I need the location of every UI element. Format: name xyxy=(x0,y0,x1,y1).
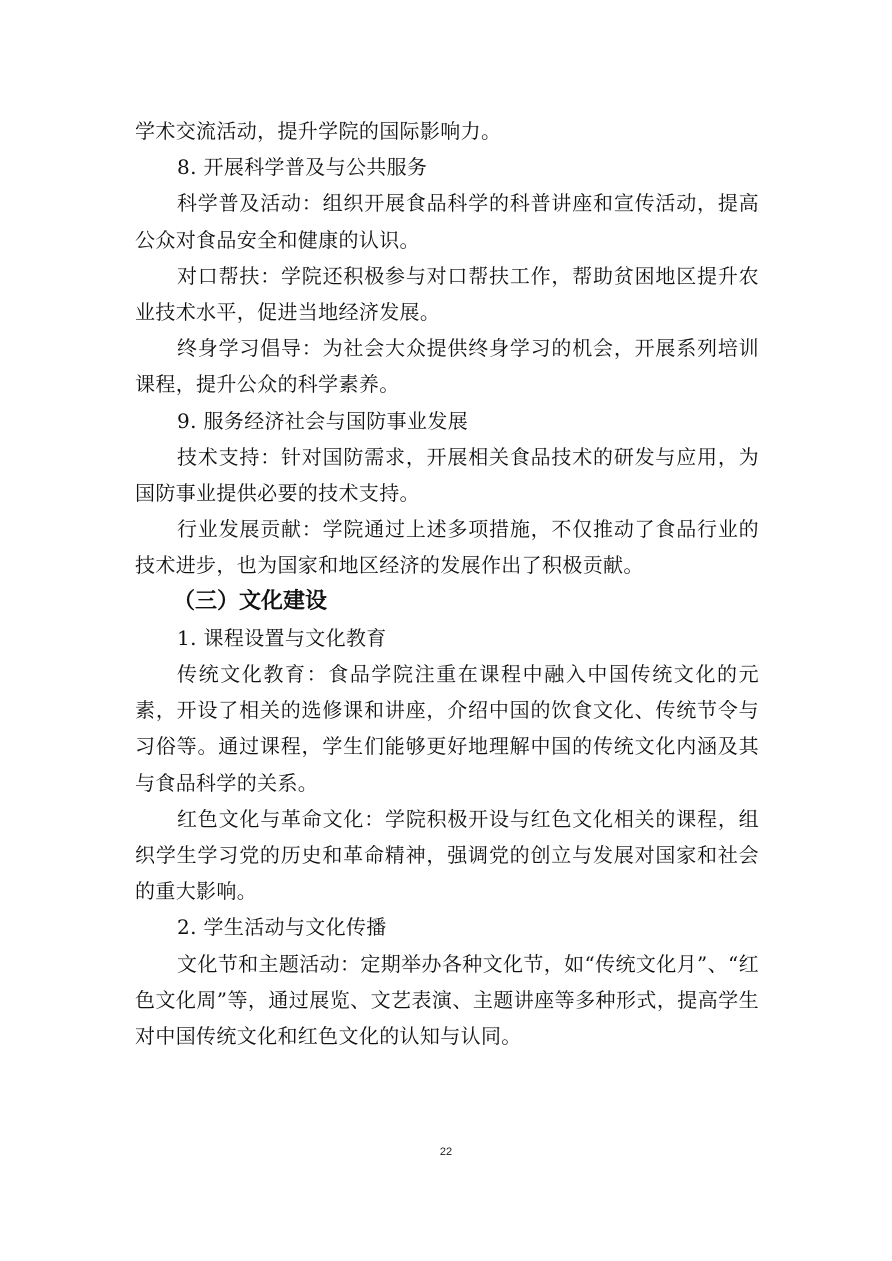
item-heading-student-activities: 2. 学生活动与文化传播 xyxy=(135,909,759,945)
section-heading-culture: （三）文化建设 xyxy=(135,584,759,620)
item-heading-economy-defense: 9. 服务经济社会与国防事业发展 xyxy=(135,403,759,439)
paragraph-industry-contribution: 行业发展贡献：学院通过上述多项措施，不仅推动了食品行业的技术进步，也为国家和地区… xyxy=(135,511,759,583)
paragraph-traditional-culture: 传统文化教育：食品学院注重在课程中融入中国传统文化的元素，开设了相关的选修课和讲… xyxy=(135,656,759,801)
paragraph-targeted-assistance: 对口帮扶：学院还积极参与对口帮扶工作，帮助贫困地区提升农业技术水平，促进当地经济… xyxy=(135,258,759,330)
paragraph-cultural-festivals: 文化节和主题活动：定期举办各种文化节，如“传统文化月”、“红色文化周”等，通过展… xyxy=(135,946,759,1055)
paragraph-red-culture: 红色文化与革命文化：学院积极开设与红色文化相关的课程，组织学生学习党的历史和革命… xyxy=(135,801,759,910)
document-page: 学术交流活动，提升学院的国际影响力。 8. 开展科学普及与公共服务 科学普及活动… xyxy=(135,113,759,1054)
continuation-paragraph: 学术交流活动，提升学院的国际影响力。 xyxy=(135,113,759,149)
paragraph-science-popularization: 科学普及活动：组织开展食品科学的科普讲座和宣传活动，提高公众对食品安全和健康的认… xyxy=(135,185,759,257)
paragraph-lifelong-learning: 终身学习倡导：为社会大众提供终身学习的机会，开展系列培训课程，提升公众的科学素养… xyxy=(135,330,759,402)
item-heading-curriculum: 1. 课程设置与文化教育 xyxy=(135,620,759,656)
item-heading-science-outreach: 8. 开展科学普及与公共服务 xyxy=(135,149,759,185)
page-number: 22 xyxy=(0,1146,892,1158)
paragraph-technical-support: 技术支持：针对国防需求，开展相关食品技术的研发与应用，为国防事业提供必要的技术支… xyxy=(135,439,759,511)
